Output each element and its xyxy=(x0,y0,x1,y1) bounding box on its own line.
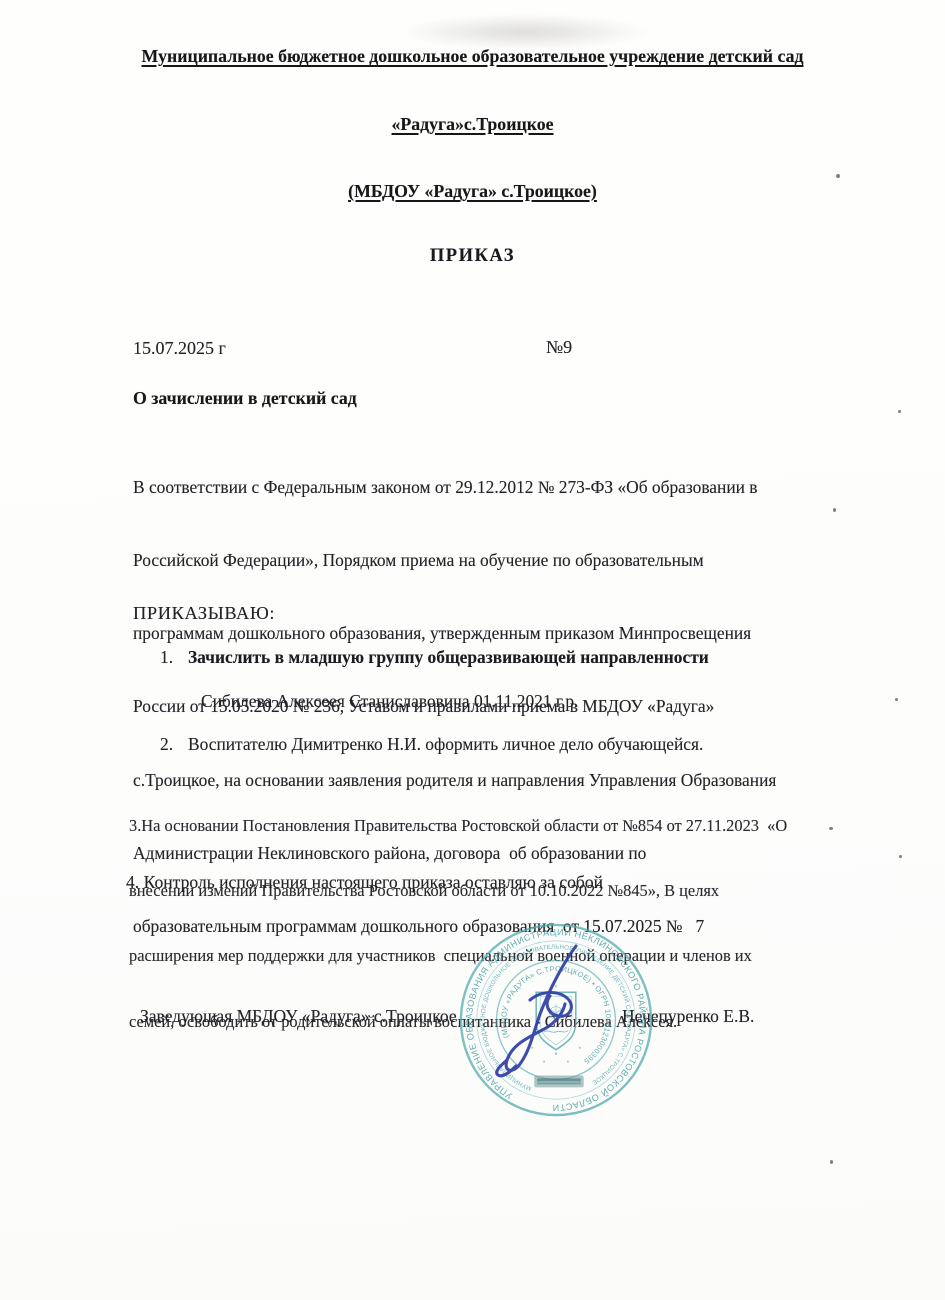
scan-speck xyxy=(830,1160,833,1164)
header-line-3: (МБДОУ «Радуга» с.Троицкое) xyxy=(0,180,945,203)
signatory-position: Заведующая МБДОУ «Радуга» с.Троицкое xyxy=(140,1006,457,1027)
handwritten-signature xyxy=(480,938,612,1080)
header-line-1: Муниципальное бюджетное дошкольное образ… xyxy=(0,45,945,68)
scan-speck xyxy=(899,855,902,858)
document-header: Муниципальное бюджетное дошкольное образ… xyxy=(0,0,945,248)
scan-speck xyxy=(833,508,836,512)
order-subject: О зачислении в детский сад xyxy=(133,388,357,409)
scan-speck xyxy=(898,410,901,413)
item-2-text: Воспитателю Димитренко Н.И. оформить лич… xyxy=(188,734,703,755)
scan-speck xyxy=(895,698,898,701)
order-date: 15.07.2025 г xyxy=(133,338,226,359)
order-title: ПРИКАЗ xyxy=(0,246,945,267)
signature-strokes xyxy=(480,938,612,1080)
order-number: №9 xyxy=(546,337,572,358)
preamble-line: программам дошкольного образования, утве… xyxy=(133,621,776,645)
clause-4-line: 4. Контроль исполнения настоящего приказ… xyxy=(126,872,603,893)
item-1-text: Зачислить в младшую группу общеразвивающ… xyxy=(188,647,709,668)
item-2-number: 2. xyxy=(160,734,173,755)
decree-word: ПРИКАЗЫВАЮ: xyxy=(133,603,275,624)
preamble-line: В соответствии с Федеральным законом от … xyxy=(133,475,776,499)
scan-speck xyxy=(829,827,833,830)
clause-3-line: 3.На основании Постановления Правительст… xyxy=(129,815,787,837)
item-1-number: 1. xyxy=(160,647,173,668)
preamble-line: Российской Федерации», Порядком приема н… xyxy=(133,548,776,572)
scanned-order-document: Муниципальное бюджетное дошкольное образ… xyxy=(0,0,945,1300)
scan-speck xyxy=(836,174,840,178)
header-line-2: «Радуга»с.Троицкое xyxy=(0,113,945,136)
enrollee-line: Сибилева Алексеея Станиславовича 01.11.2… xyxy=(201,691,578,712)
